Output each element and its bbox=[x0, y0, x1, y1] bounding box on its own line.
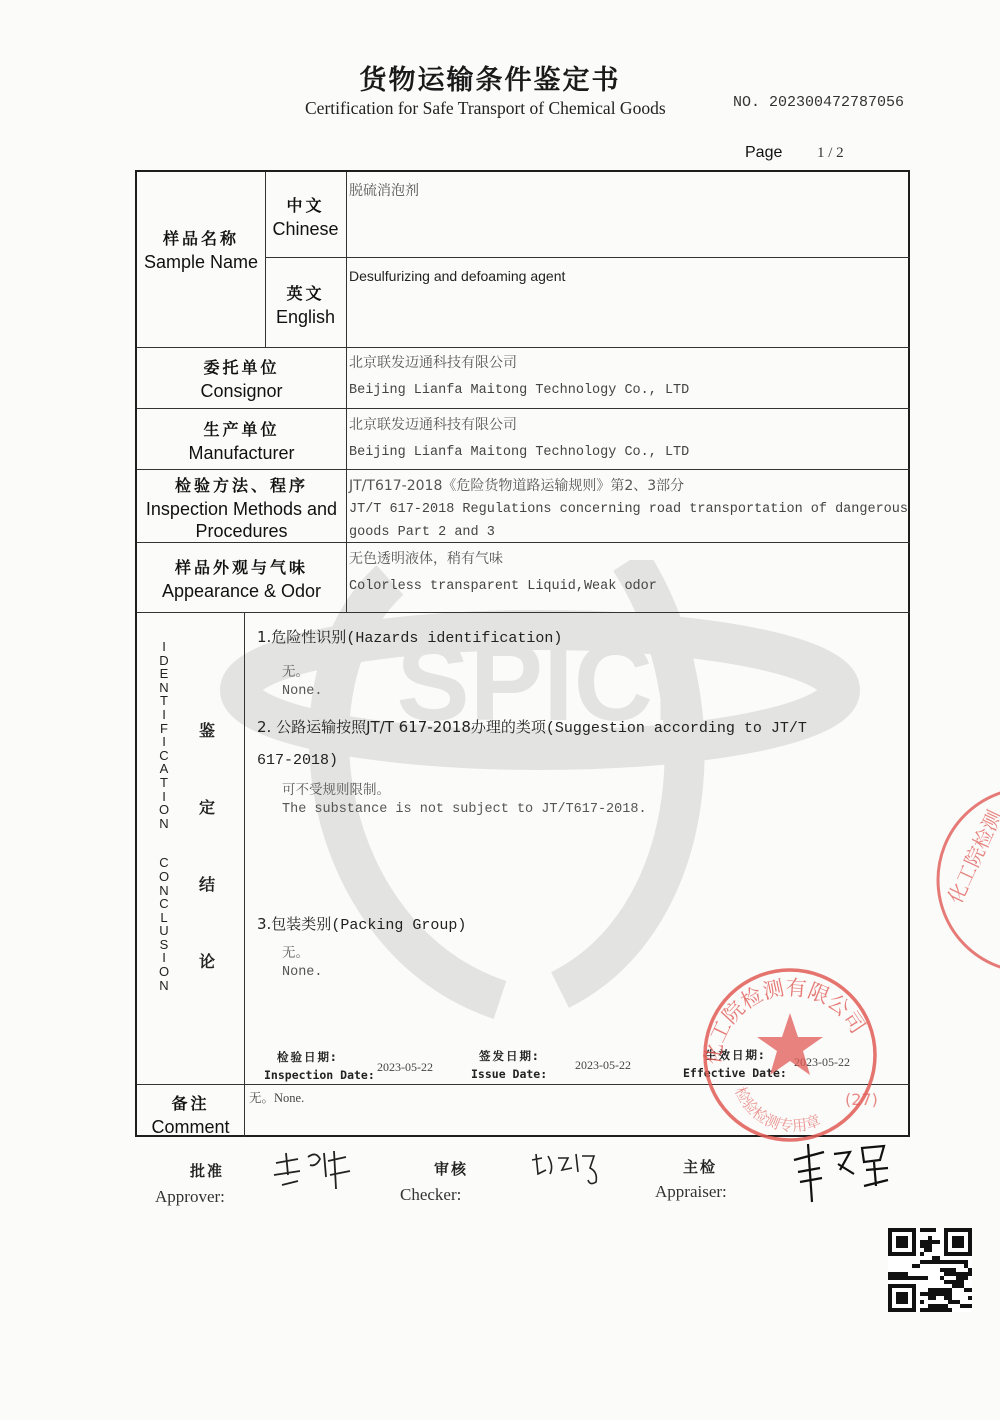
qr-code-icon[interactable] bbox=[888, 1228, 972, 1312]
sample-name-english: Desulfurizing and defoaming agent bbox=[349, 265, 565, 288]
section-road-transport-heading-cont: 617-2018) bbox=[257, 744, 338, 778]
sample-name-label: 样品名称 Sample Name bbox=[137, 227, 265, 273]
checker-label-cn: 审核 bbox=[434, 1158, 468, 1179]
section-road-transport-heading: 2. 公路运输按照JT/T 617-2018办理的类项(Suggestion a… bbox=[257, 710, 807, 746]
conclusion-label-cn-1: 鉴 bbox=[187, 718, 227, 741]
checker-signature bbox=[528, 1148, 608, 1188]
issue-date-value: 2023-05-22 bbox=[575, 1058, 631, 1073]
section-road-transport-body: 可不受规则限制。 The substance is not subject to… bbox=[282, 780, 647, 820]
appraiser-label-cn: 主检 bbox=[683, 1156, 717, 1177]
appraiser-signature bbox=[788, 1140, 898, 1205]
section-packing-group-body: 无。 None. bbox=[282, 943, 323, 983]
document-title-cn: 货物运输条件鉴定书 bbox=[0, 58, 1000, 97]
consignor-label: 委托单位 Consignor bbox=[137, 356, 346, 402]
conclusion-label-cn-4: 论 bbox=[187, 949, 227, 972]
section-hazards-heading: 1.危险性识别(Hazards identification) bbox=[257, 620, 562, 656]
issue-date-label: 签发日期: Issue Date: bbox=[471, 1047, 547, 1083]
appearance-label: 样品外观与气味 Appearance & Odor bbox=[137, 556, 346, 602]
section-hazards-body: 无。 None. bbox=[282, 662, 323, 702]
appraiser-label-en: Appraiser: bbox=[655, 1182, 727, 1202]
document-title-en: Certification for Safe Transport of Chem… bbox=[305, 98, 666, 119]
effective-date-value: 2023-05-22 bbox=[794, 1055, 850, 1070]
approver-signature bbox=[268, 1145, 358, 1195]
appearance-value: 无色透明液体，稍有气味 Colorless transparent Liquid… bbox=[349, 548, 657, 598]
comment-value: 无。None. bbox=[249, 1088, 304, 1106]
english-label: 英文 English bbox=[265, 282, 346, 328]
approver-label-en: Approver: bbox=[155, 1187, 225, 1207]
manufacturer-value: 北京联发迈通科技有限公司 Beijing Lianfa Maitong Tech… bbox=[349, 414, 689, 464]
conclusion-label-cn-2: 定 bbox=[187, 795, 227, 818]
conclusion-label-cn-3: 结 bbox=[187, 872, 227, 895]
certificate-number: NO. 202300472787056 bbox=[733, 94, 904, 111]
consignor-value: 北京联发迈通科技有限公司 Beijing Lianfa Maitong Tech… bbox=[349, 352, 689, 402]
page-label: Page bbox=[745, 144, 782, 162]
svg-text:化工院检测: 化工院检测 bbox=[943, 806, 1000, 907]
chinese-label: 中文 Chinese bbox=[265, 194, 346, 240]
effective-date-label: 生效日期: Effective Date: bbox=[683, 1046, 787, 1082]
comment-label: 备注 Comment bbox=[137, 1092, 244, 1138]
sample-name-chinese: 脱硫消泡剂 bbox=[349, 180, 419, 204]
checker-label-en: Checker: bbox=[400, 1185, 461, 1205]
section-packing-group-heading: 3.包装类别(Packing Group) bbox=[257, 907, 466, 943]
manufacturer-label: 生产单位 Manufacturer bbox=[137, 418, 346, 464]
inspection-methods-label: 检验方法、程序 Inspection Methods and Procedure… bbox=[137, 474, 346, 542]
certificate-table: 样品名称 Sample Name 中文 Chinese 脱硫消泡剂 英文 Eng… bbox=[135, 170, 910, 1137]
inspection-date-label: 检验日期: Inspection Date: bbox=[264, 1048, 375, 1084]
inspection-methods-value: JT/T617-2018《危险货物道路运输规则》第2、3部分 JT/T 617-… bbox=[349, 475, 908, 544]
partial-seal-stamp-icon: 化工院检测 bbox=[930, 785, 1000, 975]
inspection-date-value: 2023-05-22 bbox=[377, 1060, 433, 1075]
approver-label-cn: 批准 bbox=[190, 1160, 224, 1181]
page-number: 1 / 2 bbox=[817, 145, 844, 162]
identification-conclusion-vertical-label: IDENTIFICATION CONCLUSION bbox=[149, 640, 179, 992]
